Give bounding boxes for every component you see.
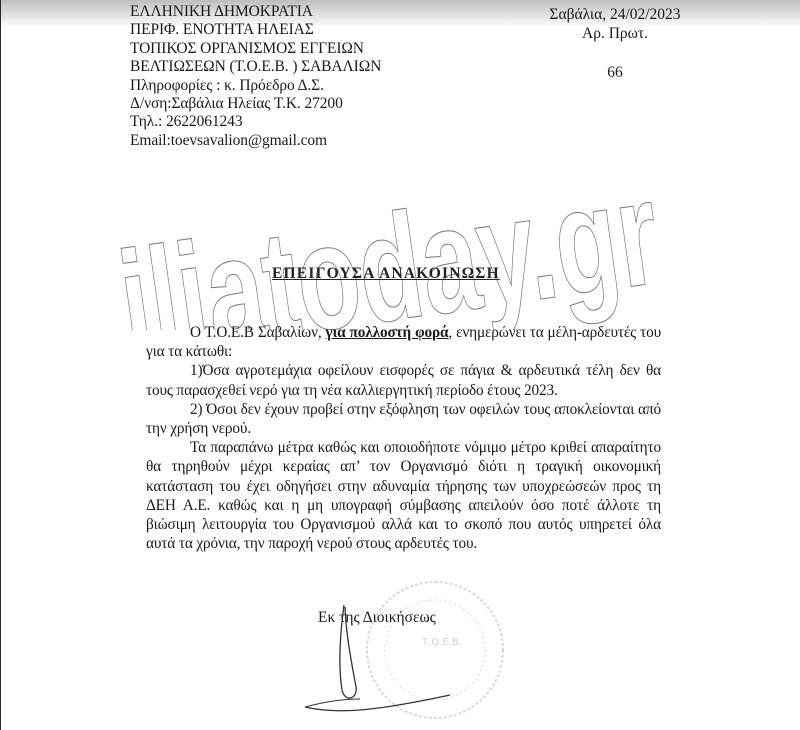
protocol-label: Αρ. Πρωτ. bbox=[540, 24, 690, 43]
stamp-seal: Τ.Ο.Ε.Β. bbox=[340, 575, 530, 725]
list-item-2: 2) Όσοι δεν έχουν προβεί στην εξόφληση τ… bbox=[146, 400, 661, 438]
sender-block: ΕΛΛΗΝΙΚΗ ΔΗΜΟΚΡΑΤΙΑ ΠΕΡΙΦ. ΕΝΟΤΗΤΑ ΗΛΕΙΑ… bbox=[130, 3, 381, 150]
date-protocol-block: Σαβάλια, 24/02/2023 Αρ. Πρωτ. 66 bbox=[540, 5, 690, 82]
sender-email: Email:toevsavalion@gmail.com bbox=[130, 132, 381, 150]
watermark-text: iliatoday.gr bbox=[110, 150, 668, 330]
intro-emphasis: για πολλοστή φορά bbox=[326, 324, 449, 341]
intro-paragraph: Ο Τ.Ο.Ε.Β Σαβαλίων, για πολλοστή φορά, ε… bbox=[146, 323, 661, 361]
list-item-1: 1)Όσα αγροτεμάχια οφείλουν εισφορές σε π… bbox=[146, 361, 661, 399]
sender-line: ΒΕΛΤΙΩΣΕΩΝ (Τ.Ο.Ε.Β. ) ΣΑΒΑΛΙΩΝ bbox=[130, 58, 381, 76]
sender-line: ΠΕΡΙΦ. ΕΝΟΤΗΤΑ ΗΛΕΙΑΣ bbox=[130, 21, 381, 39]
document-page: ΕΛΛΗΝΙΚΗ ΔΗΜΟΚΡΑΤΙΑ ΠΕΡΙΦ. ΕΝΟΤΗΤΑ ΗΛΕΙΑ… bbox=[0, 0, 800, 730]
announcement-body: Ο Τ.Ο.Ε.Β Σαβαλίων, για πολλοστή φορά, ε… bbox=[146, 323, 661, 553]
main-paragraph: Τα παραπάνω μέτρα καθώς και οποιοδήποτε … bbox=[146, 438, 661, 553]
sender-line: Πληροφορίες : κ. Πρόεδρο Δ.Σ. bbox=[130, 77, 381, 95]
watermark-logo: iliatoday.gr bbox=[108, 150, 668, 330]
sender-line: ΕΛΛΗΝΙΚΗ ΔΗΜΟΚΡΑΤΙΑ bbox=[130, 3, 381, 21]
svg-text:Τ.Ο.Ε.Β.: Τ.Ο.Ε.Β. bbox=[421, 637, 462, 648]
sender-line: Τηλ.: 2622061243 bbox=[130, 113, 381, 131]
sender-line: ΤΟΠΙΚΟΣ ΟΡΓΑΝΙΣΜΟΣ ΕΓΓΕΙΩΝ bbox=[130, 40, 381, 58]
closing-signoff: Εκ της Διοικήσεως bbox=[318, 609, 436, 627]
intro-prefix: Ο Τ.Ο.Ε.Β Σαβαλίων, bbox=[190, 324, 326, 341]
protocol-number: 66 bbox=[540, 63, 690, 82]
announcement-title: ΕΠΕΙΓΟΥΣΑ ΑΝΑΚΟΙΝΩΣΗ bbox=[272, 265, 500, 283]
sender-line: Δ/νση:Σαβάλια Ηλείας Τ.Κ. 27200 bbox=[130, 95, 381, 113]
place-date: Σαβάλια, 24/02/2023 bbox=[540, 5, 690, 24]
